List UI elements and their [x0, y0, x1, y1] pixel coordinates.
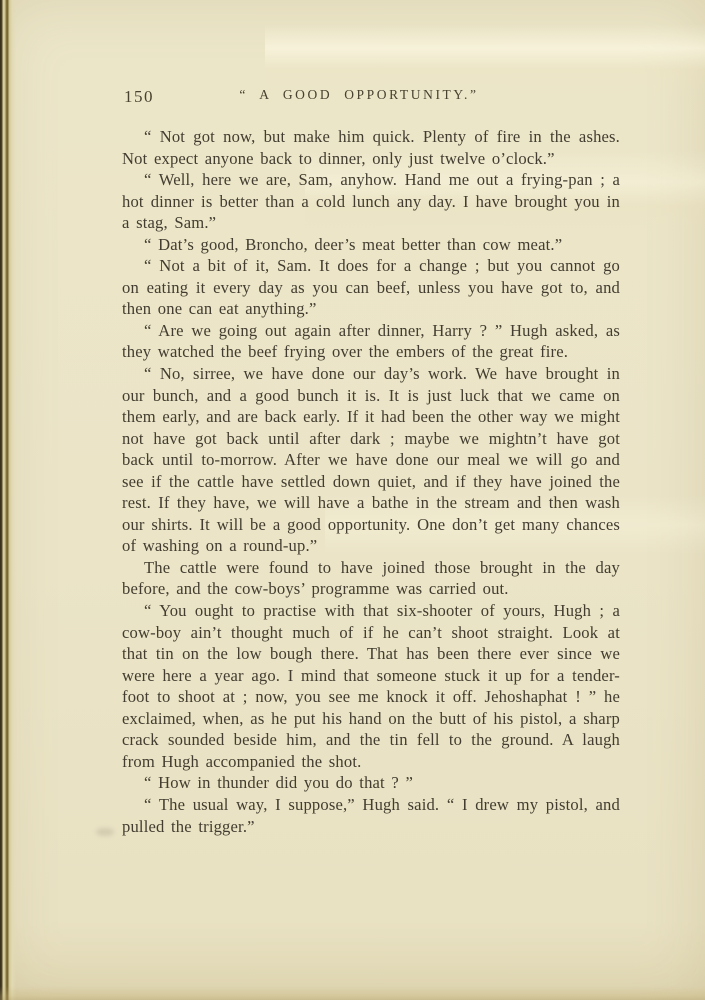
page-header: 150 “ A GOOD OPPORTUNITY.”: [122, 87, 620, 109]
paragraph: “ How in thunder did you do that ? ”: [122, 772, 620, 794]
paragraph: “ Are we going out again after dinner, H…: [122, 320, 620, 363]
book-page: 150 “ A GOOD OPPORTUNITY.” “ Not got now…: [0, 0, 705, 1000]
paragraph: “ Not got now, but make him quick. Plent…: [122, 126, 620, 169]
page-bottom-edge: [0, 986, 705, 1000]
paragraph: “ You ought to practise with that six-sh…: [122, 600, 620, 772]
running-header-title: “ A GOOD OPPORTUNITY.”: [110, 87, 608, 103]
paragraph: The cattle were found to have joined tho…: [122, 557, 620, 600]
paragraph: “ Not a bit of it, Sam. It does for a ch…: [122, 255, 620, 320]
paragraph: “ Dat’s good, Broncho, deer’s meat bette…: [122, 234, 620, 256]
paragraph: “ Well, here we are, Sam, anyhow. Hand m…: [122, 169, 620, 234]
scan-streak: [265, 24, 705, 94]
paper-smudge: [96, 828, 114, 836]
page-body: “ Not got now, but make him quick. Plent…: [122, 126, 620, 837]
binding-edge: [0, 0, 16, 1000]
paragraph: “ No, sirree, we have done our day’s wor…: [122, 363, 620, 557]
paragraph: “ The usual way, I suppose,” Hugh said. …: [122, 794, 620, 837]
